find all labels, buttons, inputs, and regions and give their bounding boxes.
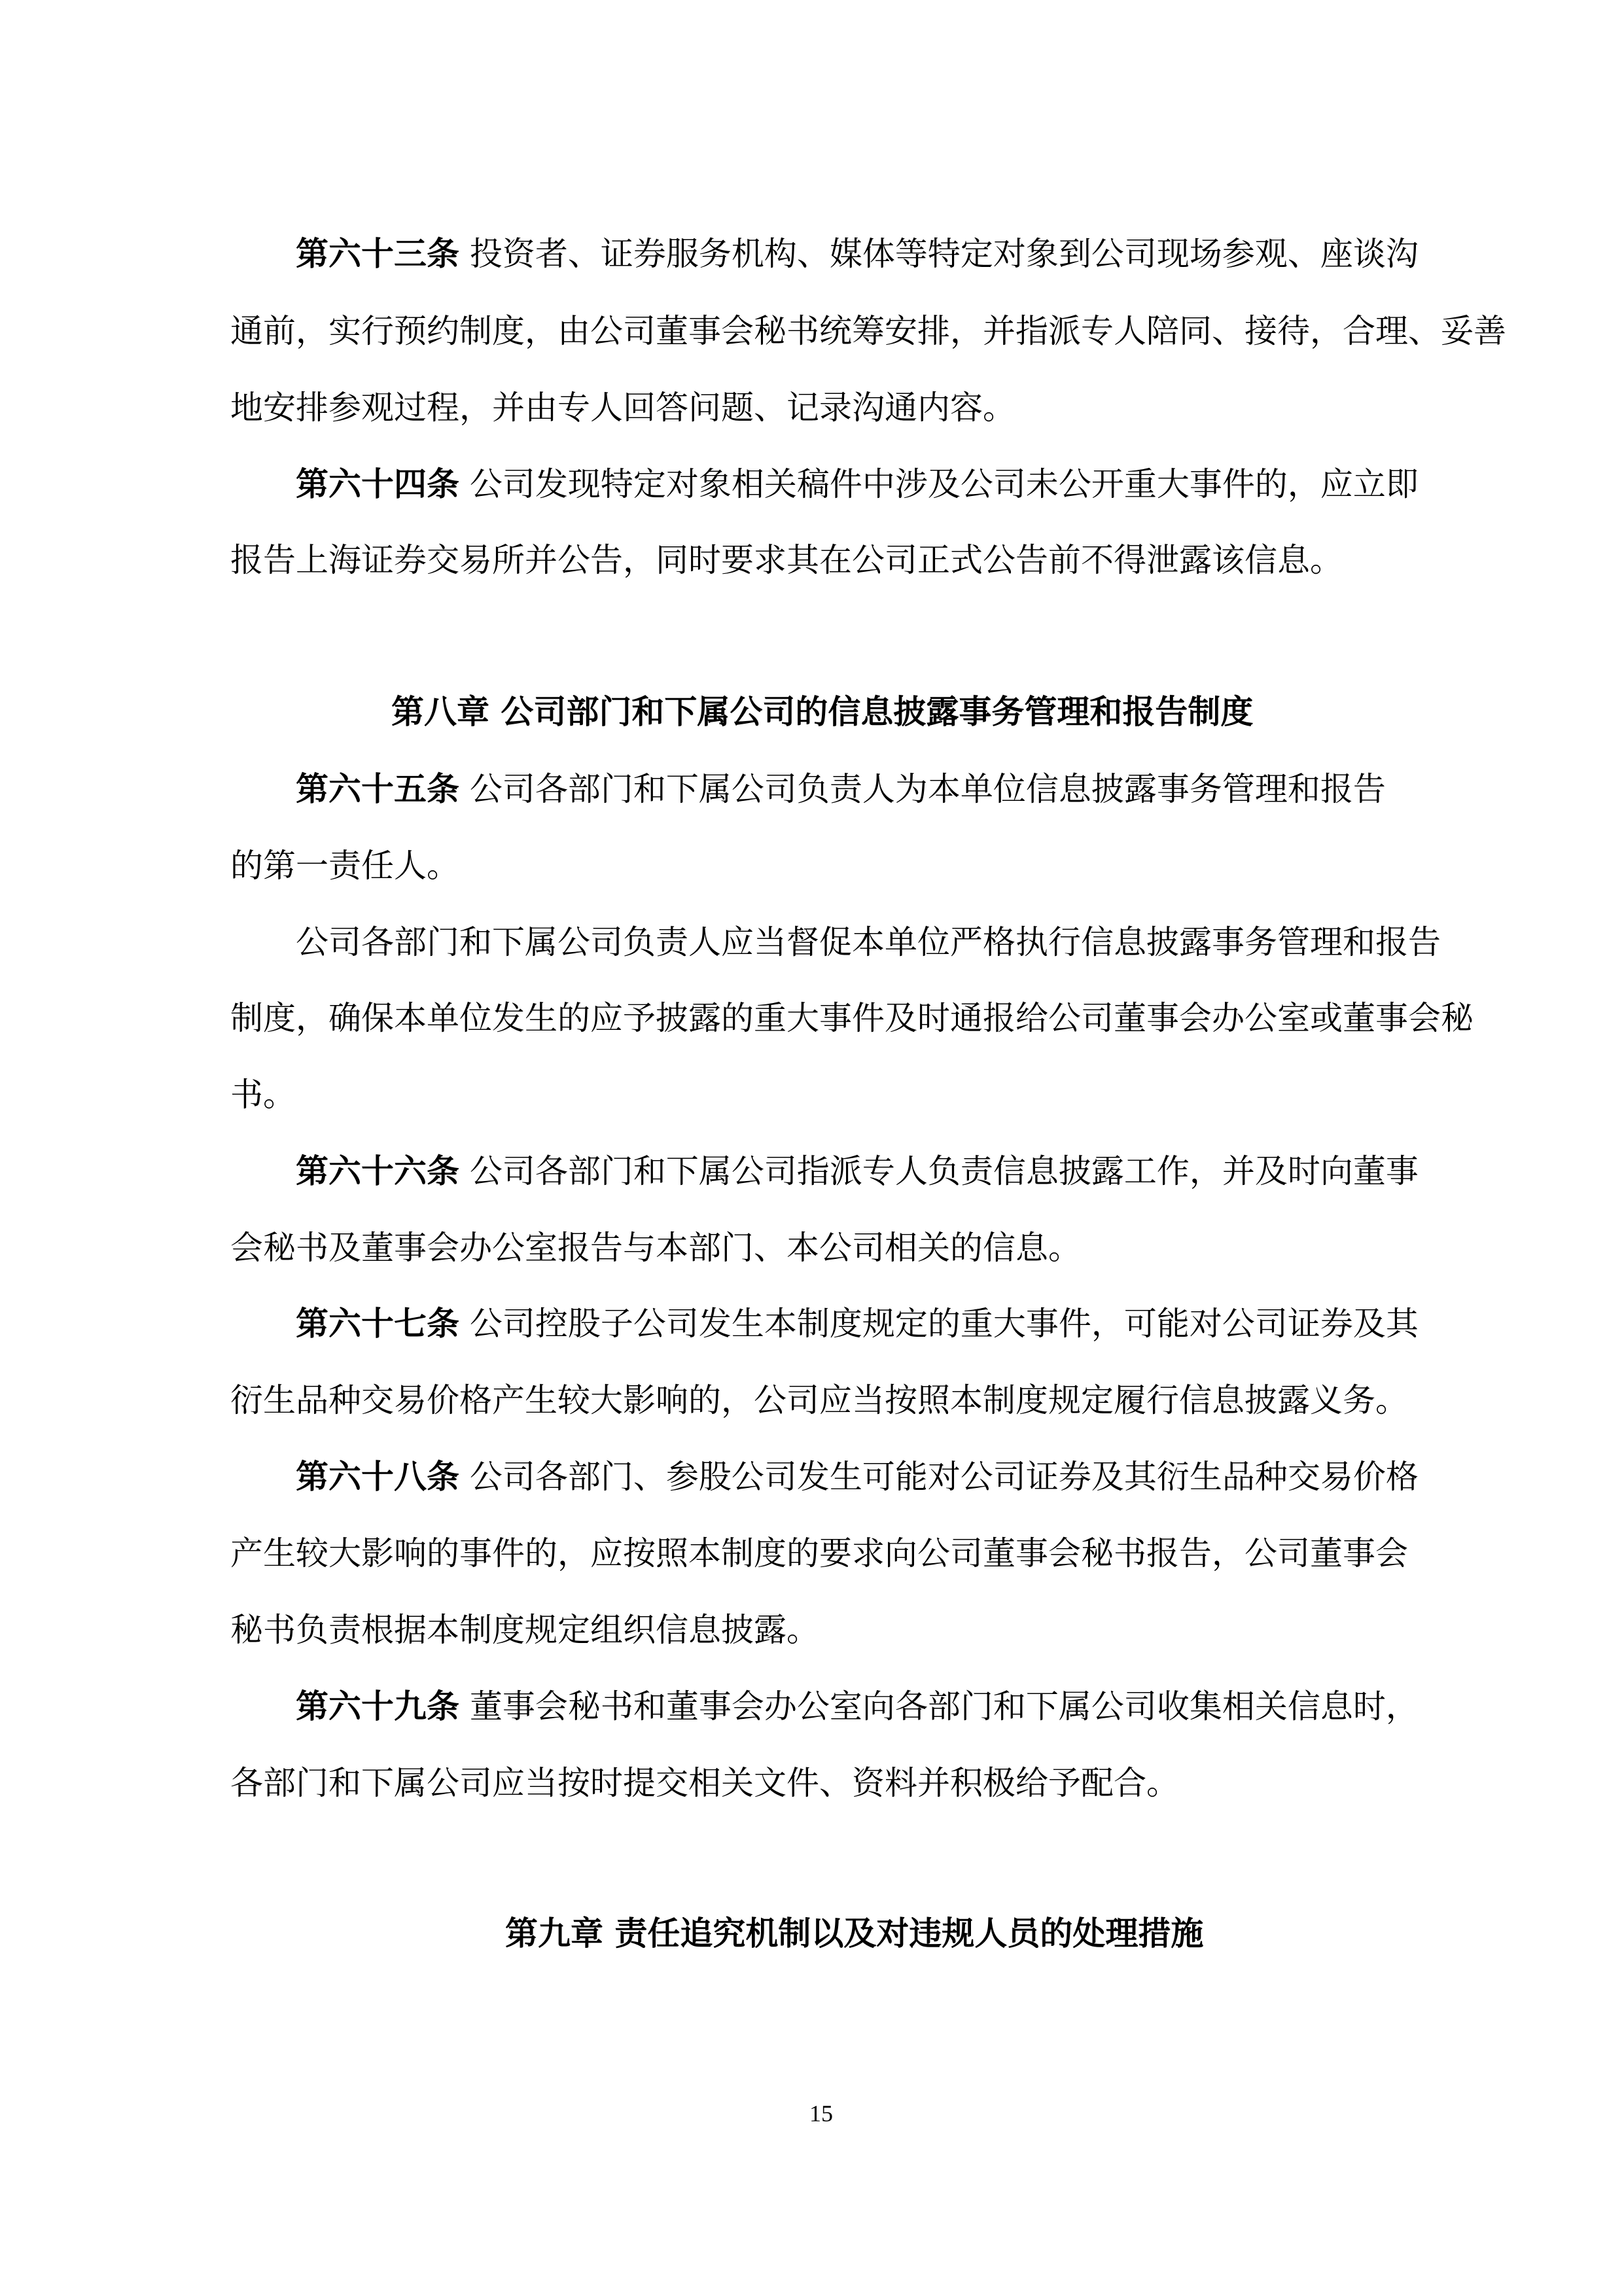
article-68-line-1: 第六十八条 公司各部门、参股公司发生可能对公司证券及其衍生品种交易价格 — [296, 1458, 1419, 1495]
article-65-para2-line-3: 书。 — [230, 1076, 296, 1113]
article-63-line-2: 通前，实行预约制度，由公司董事会秘书统筹安排，并指派专人陪同、接待，合理、妥善 — [230, 313, 1506, 349]
article-label: 第六十四条 — [296, 465, 459, 503]
article-text: 公司各部门、参股公司发生可能对公司证券及其衍生品种交易价格 — [459, 1458, 1419, 1496]
article-text: 公司控股子公司发生本制度规定的重大事件，可能对公司证券及其 — [459, 1305, 1419, 1343]
article-text: 投资者、证券服务机构、媒体等特定对象到公司现场参观、座谈沟 — [459, 235, 1419, 273]
article-63-line-3: 地安排参观过程，并由专人回答问题、记录沟通内容。 — [230, 389, 1015, 426]
chapter-9-heading: 第九章 责任追究机制以及对违规人员的处理措施 — [505, 1915, 1203, 1952]
article-label: 第六十八条 — [296, 1457, 459, 1496]
article-68-line-3: 秘书负责根据本制度规定组织信息披露。 — [230, 1612, 819, 1648]
article-label: 第六十九条 — [296, 1687, 459, 1725]
article-65-line-1: 第六十五条 公司各部门和下属公司负责人为本单位信息披露事务管理和报告 — [296, 771, 1386, 807]
chapter-8-heading: 第八章 公司部门和下属公司的信息披露事务管理和报告制度 — [391, 694, 1253, 730]
article-text: 公司各部门和下属公司指派专人负责信息披露工作，并及时向董事 — [459, 1152, 1419, 1190]
article-69-line-1: 第六十九条 董事会秘书和董事会办公室向各部门和下属公司收集相关信息时， — [296, 1688, 1419, 1725]
article-text: 董事会秘书和董事会办公室向各部门和下属公司收集相关信息时， — [459, 1687, 1419, 1725]
article-69-line-2: 各部门和下属公司应当按时提交相关文件、资料并积极给予配合。 — [230, 1765, 1179, 1801]
article-text: 公司各部门和下属公司负责人为本单位信息披露事务管理和报告 — [459, 770, 1386, 808]
article-65-para2-line-1: 公司各部门和下属公司负责人应当督促本单位严格执行信息披露事务管理和报告 — [296, 924, 1441, 961]
article-text: 公司发现特定对象相关稿件中涉及公司未公开重大事件的，应立即 — [459, 465, 1419, 503]
page-number: 15 — [0, 2099, 1624, 2128]
article-label: 第六十三条 — [296, 234, 459, 273]
article-65-line-2: 的第一责任人。 — [230, 847, 459, 884]
article-label: 第六十五条 — [296, 769, 459, 808]
article-67-line-1: 第六十七条 公司控股子公司发生本制度规定的重大事件，可能对公司证券及其 — [296, 1305, 1419, 1342]
article-66-line-1: 第六十六条 公司各部门和下属公司指派专人负责信息披露工作，并及时向董事 — [296, 1153, 1419, 1190]
article-64-line-1: 第六十四条 公司发现特定对象相关稿件中涉及公司未公开重大事件的，应立即 — [296, 466, 1419, 503]
article-67-line-2: 衍生品种交易价格产生较大影响的，公司应当按照本制度规定履行信息披露义务。 — [230, 1382, 1408, 1419]
article-63-line-1: 第六十三条 投资者、证券服务机构、媒体等特定对象到公司现场参观、座谈沟 — [296, 236, 1419, 272]
article-label: 第六十七条 — [296, 1304, 459, 1343]
article-66-line-2: 会秘书及董事会办公室报告与本部门、本公司相关的信息。 — [230, 1229, 1081, 1266]
article-label: 第六十六条 — [296, 1152, 459, 1190]
article-68-line-2: 产生较大影响的事件的，应按照本制度的要求向公司董事会秘书报告，公司董事会 — [230, 1535, 1408, 1572]
article-64-line-2: 报告上海证券交易所并公告，同时要求其在公司正式公告前不得泄露该信息。 — [230, 542, 1343, 578]
document-page: 第六十三条 投资者、证券服务机构、媒体等特定对象到公司现场参观、座谈沟 通前，实… — [0, 0, 1624, 2296]
article-65-para2-line-2: 制度，确保本单位发生的应予披露的重大事件及时通报给公司董事会办公室或董事会秘 — [230, 1000, 1474, 1036]
